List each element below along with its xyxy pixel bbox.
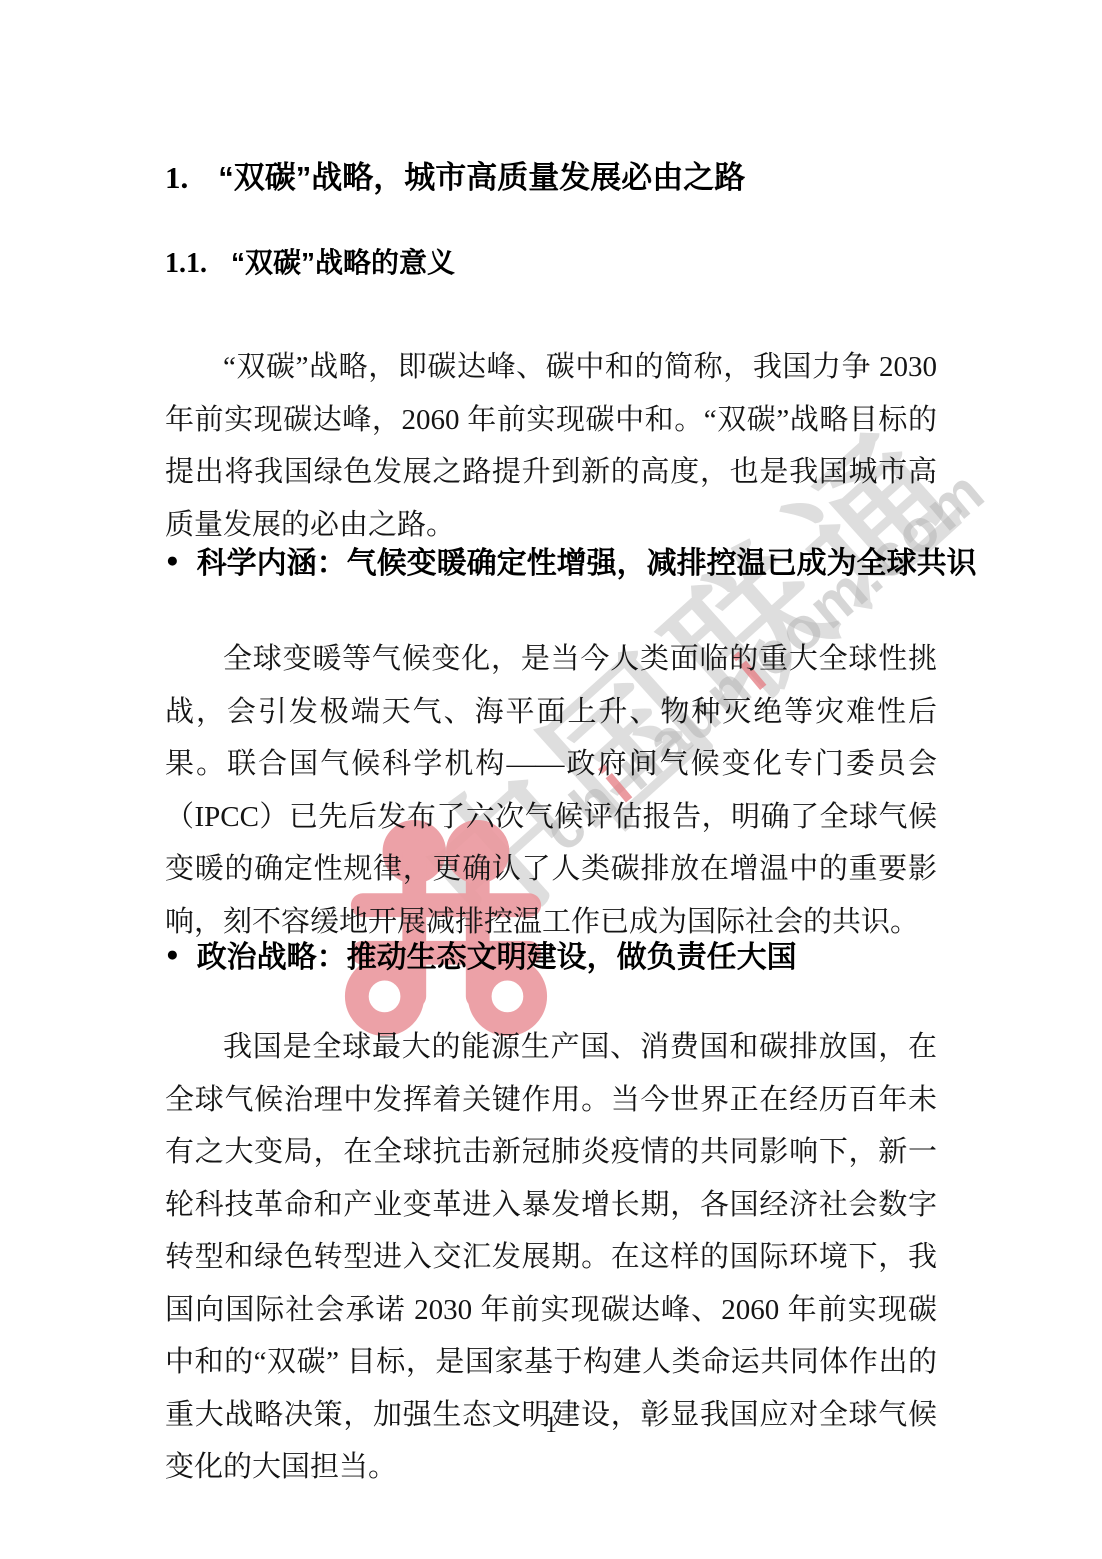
heading-1-1: 1.1.“双碳”战略的意义 [165, 243, 455, 284]
bullet-science: ● 科学内涵：气候变暖确定性增强，减排控温已成为全球共识 [166, 538, 938, 582]
bullet-politics: ● 政治战略：推动生态文明建设，做负责任大国 [166, 932, 938, 976]
bullet-science-text: 科学内涵：气候变暖确定性增强，减排控温已成为全球共识 [197, 538, 977, 582]
document-page: 中国联通 chinaunicom.com 1.“双碳”战略，城市高质量发展必由之… [0, 0, 1102, 1559]
document-content: 1.“双碳”战略，城市高质量发展必由之路 1.1.“双碳”战略的意义 “双碳”战… [0, 0, 1102, 1559]
heading-1-number: 1. [165, 160, 188, 195]
paragraph-intro: “双碳”战略，即碳达峰、碳中和的简称，我国力争 2030 年前实现碳达峰，206… [165, 341, 937, 551]
heading-1-title: “双碳”战略，城市高质量发展必由之路 [218, 160, 745, 195]
bullet-marker-icon: ● [166, 939, 179, 969]
bullet-marker-icon: ● [166, 545, 179, 575]
bullet-politics-text: 政治战略：推动生态文明建设，做负责任大国 [197, 932, 797, 976]
page-number: 1 [0, 1412, 1102, 1438]
heading-1: 1.“双碳”战略，城市高质量发展必由之路 [165, 157, 745, 199]
heading-1-1-number: 1.1. [165, 248, 207, 279]
heading-1-1-title: “双碳”战略的意义 [231, 247, 455, 278]
paragraph-science: 全球变暖等气候变化，是当今人类面临的重大全球性挑战，会引发极端天气、海平面上升、… [165, 633, 937, 948]
